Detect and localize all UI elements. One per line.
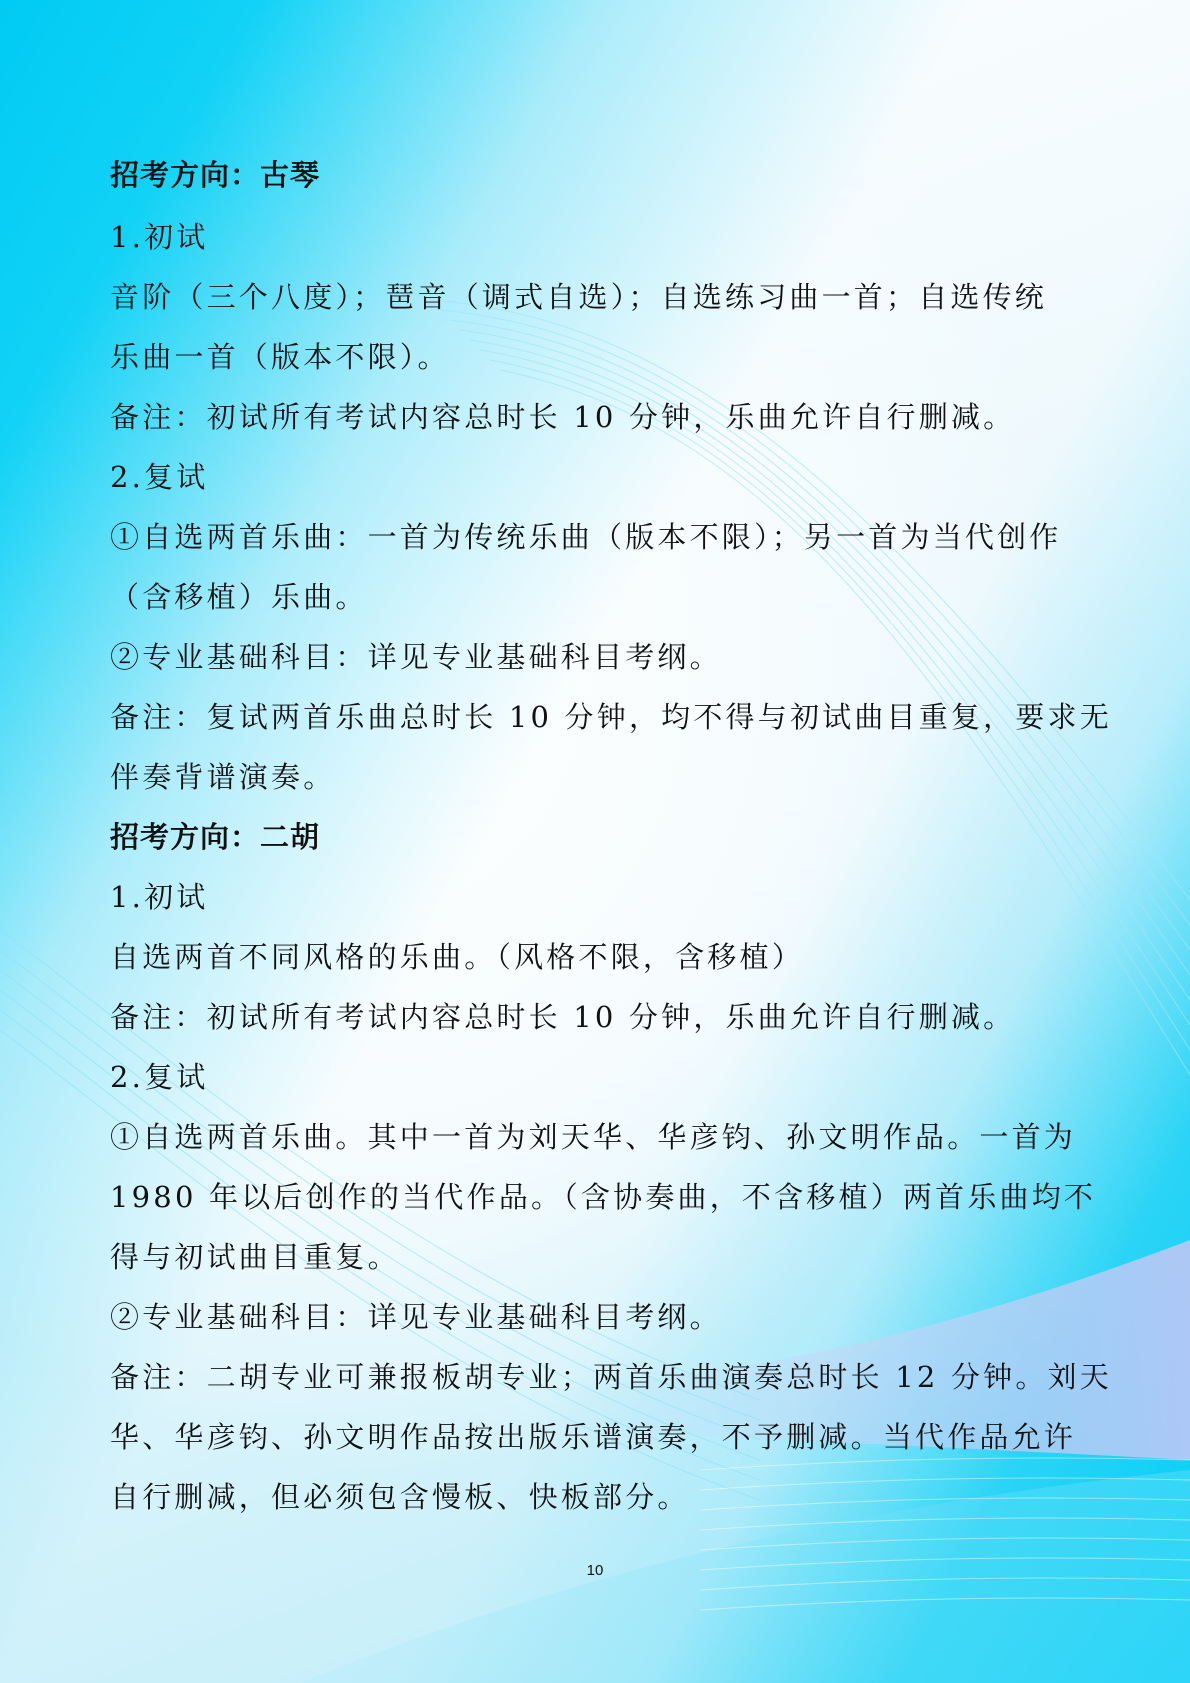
subheading-final: 2.复试: [110, 447, 1082, 507]
page-content: 招考方向：古琴 1.初试 音阶（三个八度）；琶音（调式自选）；自选练习曲一首；自…: [110, 145, 1082, 1527]
section-heading: 招考方向：古琴: [110, 145, 1082, 205]
note-line: 自行删减，但必须包含慢板、快板部分。: [110, 1467, 1082, 1527]
text-line: ②专业基础科目：详见专业基础科目考纲。: [110, 627, 1082, 687]
text-line: （含移植）乐曲。: [110, 567, 1082, 627]
note-line: 备注：初试所有考试内容总时长 10 分钟，乐曲允许自行删减。: [110, 387, 1082, 447]
note-line: 备注：复试两首乐曲总时长 10 分钟，均不得与初试曲目重复，要求无: [110, 687, 1082, 747]
text-line: 音阶（三个八度）；琶音（调式自选）；自选练习曲一首；自选传统: [110, 267, 1082, 327]
section-erhu: 招考方向：二胡 1.初试 自选两首不同风格的乐曲。（风格不限，含移植） 备注：初…: [110, 807, 1082, 1527]
note-line: 备注：初试所有考试内容总时长 10 分钟，乐曲允许自行删减。: [110, 987, 1082, 1047]
note-line: 备注：二胡专业可兼报板胡专业；两首乐曲演奏总时长 12 分钟。刘天: [110, 1347, 1082, 1407]
text-line: 自选两首不同风格的乐曲。（风格不限，含移植）: [110, 927, 1082, 987]
subheading-preliminary: 1.初试: [110, 867, 1082, 927]
page-number: 10: [0, 1562, 1190, 1579]
text-line: 得与初试曲目重复。: [110, 1227, 1082, 1287]
text-line: ①自选两首乐曲：一首为传统乐曲（版本不限）；另一首为当代创作: [110, 507, 1082, 567]
note-line: 华、华彦钧、孙文明作品按出版乐谱演奏，不予删减。当代作品允许: [110, 1407, 1082, 1467]
section-guqin: 招考方向：古琴 1.初试 音阶（三个八度）；琶音（调式自选）；自选练习曲一首；自…: [110, 145, 1082, 807]
text-line: 乐曲一首（版本不限）。: [110, 327, 1082, 387]
text-line: ②专业基础科目：详见专业基础科目考纲。: [110, 1287, 1082, 1347]
text-line: ①自选两首乐曲。其中一首为刘天华、华彦钧、孙文明作品。一首为: [110, 1107, 1082, 1167]
section-heading: 招考方向：二胡: [110, 807, 1082, 867]
subheading-preliminary: 1.初试: [110, 207, 1082, 267]
document-page: 招考方向：古琴 1.初试 音阶（三个八度）；琶音（调式自选）；自选练习曲一首；自…: [0, 0, 1190, 1683]
note-line: 伴奏背谱演奏。: [110, 747, 1082, 807]
subheading-final: 2.复试: [110, 1047, 1082, 1107]
text-line: 1980 年以后创作的当代作品。（含协奏曲，不含移植）两首乐曲均不: [110, 1167, 1082, 1227]
